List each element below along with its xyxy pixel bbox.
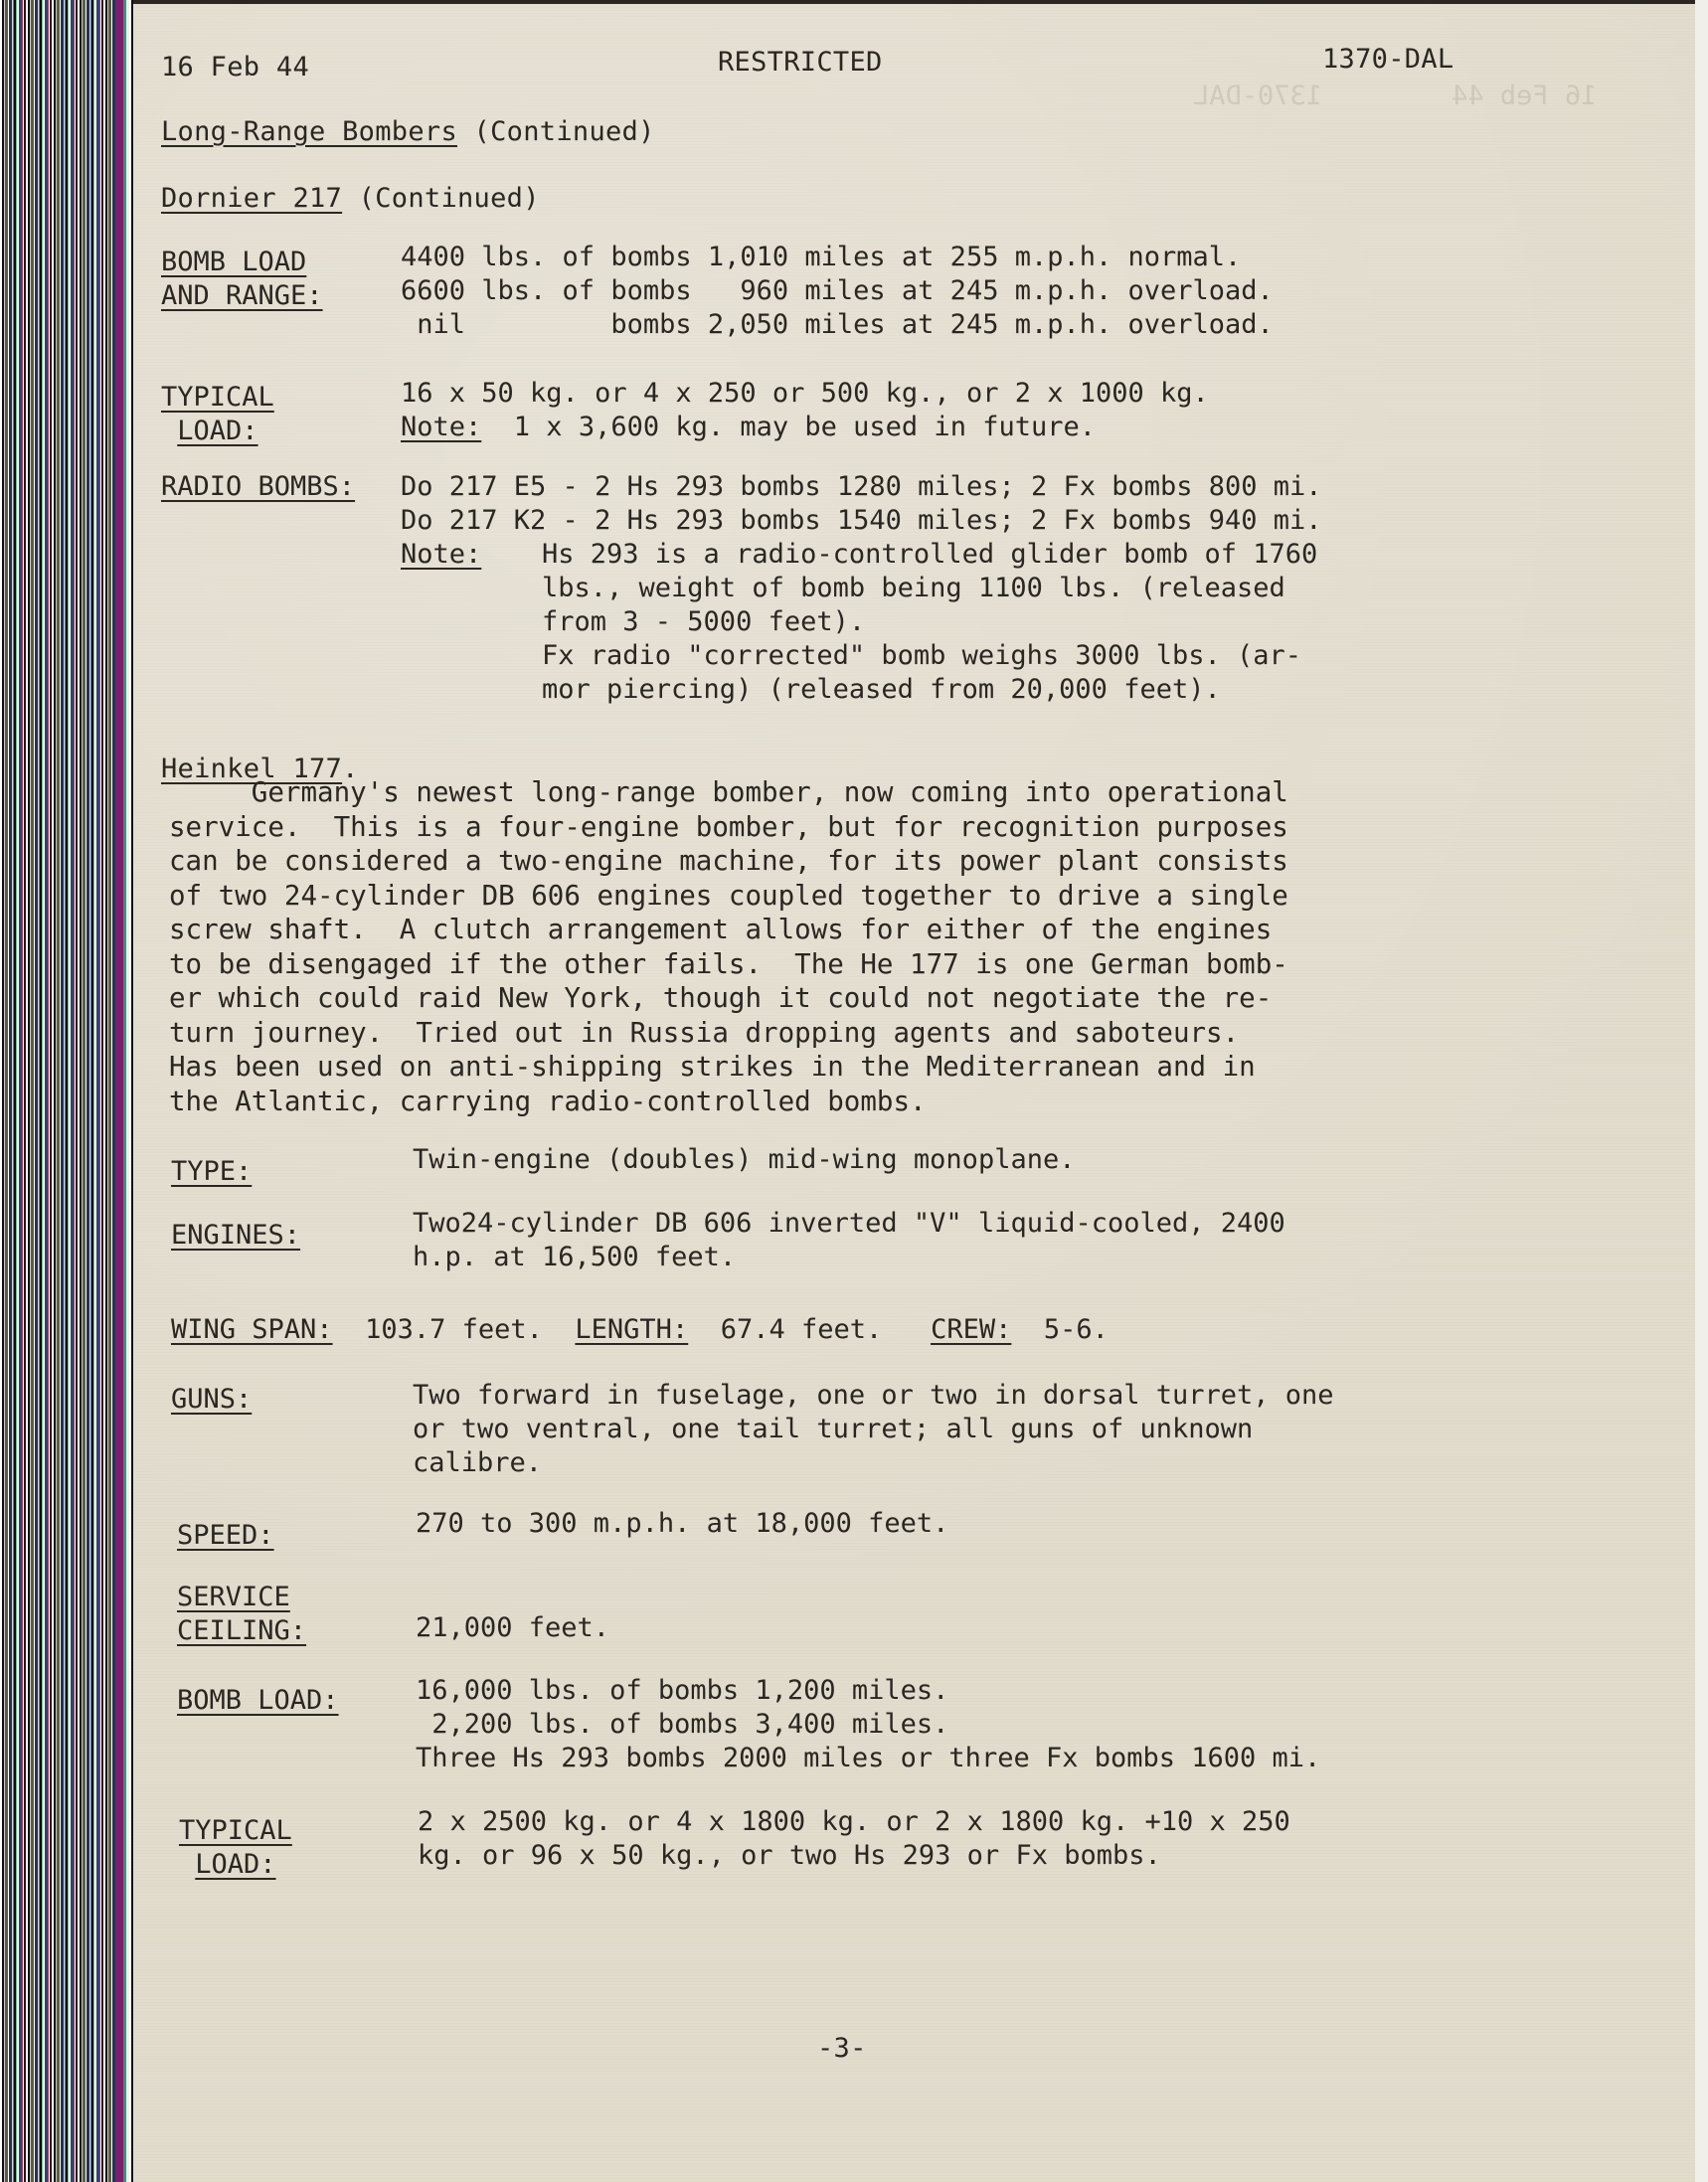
heinkel-ceiling-label: SERVICE CEILING: (177, 1581, 306, 1648)
scanner-edge-accent (115, 0, 129, 2182)
heinkel-type-label: TYPE: (171, 1155, 252, 1189)
header-doc-number: 1370-DAL (1322, 46, 1453, 73)
dornier-radio-bombs-note: Hs 293 is a radio-controlled glider bomb… (542, 538, 1317, 707)
heinkel-engines-label: ENGINES: (171, 1219, 300, 1253)
dornier-title-text: Dornier 217 (161, 183, 342, 214)
header-date: 16 Feb 44 (161, 54, 309, 81)
bleed-through-text: 16 Feb 44 1370-DAL (1193, 80, 1597, 113)
dornier-typical-load-values: 16 x 50 kg. or 4 x 250 or 500 kg., or 2 … (401, 377, 1209, 444)
heinkel-dimensions: WING SPAN: 103.7 feet. LENGTH: 67.4 feet… (171, 1313, 1109, 1347)
section-title-suffix: (Continued) (457, 116, 655, 147)
heinkel-speed-label: SPEED: (177, 1519, 274, 1553)
heinkel-speed-value: 270 to 300 m.p.h. at 18,000 feet. (416, 1507, 948, 1541)
heinkel-ceiling-value: 21,000 feet. (416, 1611, 609, 1645)
dornier-radio-bombs-label: RADIO BOMBS: (161, 470, 355, 504)
scanner-edge-strip (0, 0, 133, 2182)
header-classification: RESTRICTED (718, 49, 883, 76)
heinkel-typical-load-value: 2 x 2500 kg. or 4 x 1800 kg. or 2 x 1800… (418, 1805, 1290, 1873)
heinkel-description: Germany's newest long-range bomber, now … (169, 775, 1288, 1118)
heinkel-guns-label: GUNS: (171, 1383, 252, 1417)
dornier-bomb-load-values: 4400 lbs. of bombs 1,010 miles at 255 m.… (401, 241, 1274, 342)
scan-right-margin (1695, 0, 1708, 2182)
dornier-bomb-load-label: BOMB LOAD AND RANGE: (161, 246, 323, 313)
section-title-text: Long-Range Bombers (161, 116, 457, 147)
dornier-title: Dornier 217 (Continued) (161, 185, 540, 212)
section-title: Long-Range Bombers (Continued) (161, 118, 655, 145)
heinkel-typical-load-label: TYPICAL LOAD: (179, 1814, 292, 1882)
dornier-title-suffix: (Continued) (342, 183, 540, 214)
heinkel-type-value: Twin-engine (doubles) mid-wing monoplane… (413, 1143, 1075, 1177)
heinkel-engines-value: Two24-cylinder DB 606 inverted "V" liqui… (413, 1207, 1285, 1274)
heinkel-bomb-load-value: 16,000 lbs. of bombs 1,200 miles. 2,200 … (416, 1674, 1320, 1775)
page-number: -3- (817, 2035, 867, 2062)
heinkel-guns-value: Two forward in fuselage, one or two in d… (413, 1379, 1334, 1480)
heinkel-bomb-load-label: BOMB LOAD: (177, 1684, 339, 1718)
dornier-typical-load-label: TYPICAL LOAD: (161, 381, 274, 448)
